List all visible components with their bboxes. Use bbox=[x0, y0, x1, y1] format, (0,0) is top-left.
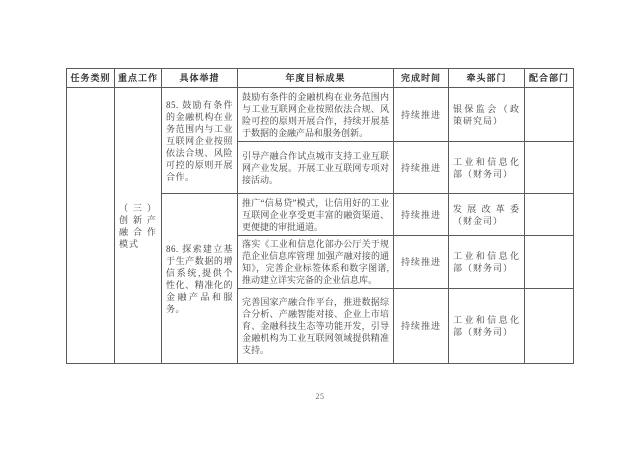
deadline-cell: 持续推进 bbox=[394, 289, 449, 364]
goal-cell: 鼓励有条件的金融机构在业务范围内与工业互联网企业按照依法合规、风险可控的原则开展… bbox=[238, 88, 394, 142]
deadline-cell: 持续推进 bbox=[394, 142, 449, 194]
deadline-cell: 持续推进 bbox=[394, 88, 449, 142]
support-dept-cell bbox=[525, 289, 574, 364]
lead-dept-cell: 工业和信息化部（财务司） bbox=[449, 142, 525, 194]
goal-cell: 完善国家产融合作平台，推进数据综合分析、产融智能对接、企业上市培育、金融科技生态… bbox=[238, 289, 394, 364]
col-header-lead-dept: 牵头部门 bbox=[449, 69, 525, 88]
deadline-cell: 持续推进 bbox=[394, 236, 449, 289]
work-plan-table: 任务类别 重点工作 具体举措 年度目标成果 完成时间 牵头部门 配合部门 （三）… bbox=[66, 68, 574, 364]
page-number: 25 bbox=[0, 392, 640, 401]
lead-dept-cell: 发展改革委（财金司） bbox=[449, 194, 525, 236]
deadline-cell: 持续推进 bbox=[394, 194, 449, 236]
document-page: 任务类别 重点工作 具体举措 年度目标成果 完成时间 牵头部门 配合部门 （三）… bbox=[0, 0, 640, 452]
col-header-measures: 具体举措 bbox=[162, 69, 238, 88]
col-header-support-dept: 配合部门 bbox=[525, 69, 574, 88]
task-category-cell bbox=[67, 88, 115, 364]
goal-cell: 引导产融合作试点城市支持工业互联网产业发展。开展工业互联网专项对接活动。 bbox=[238, 142, 394, 194]
measure-86-cell: 86. 探索建立基于生产数据的增信系统,提供个性化、精准化的金融产品和服务。 bbox=[162, 194, 238, 364]
table-row: （三）创新产融合作模式 85. 鼓励有条件的金融机构在业务范围内与工业互联网企业… bbox=[67, 88, 574, 142]
goal-cell: 落实《工业和信息化部办公厅关于规范企业信息库管理 加强产融对接的通知》，完善企业… bbox=[238, 236, 394, 289]
support-dept-cell bbox=[525, 142, 574, 194]
lead-dept-cell: 银保监会（政策研究局） bbox=[449, 88, 525, 142]
table-header-row: 任务类别 重点工作 具体举措 年度目标成果 完成时间 牵头部门 配合部门 bbox=[67, 69, 574, 88]
measure-85-cell: 85. 鼓励有条件的金融机构在业务范围内与工业互联网企业按照依法合规、风险可控的… bbox=[162, 88, 238, 194]
key-work-cell: （三）创新产融合作模式 bbox=[115, 88, 162, 364]
lead-dept-cell: 工业和信息化部（财务司） bbox=[449, 236, 525, 289]
support-dept-cell bbox=[525, 194, 574, 236]
lead-dept-cell: 工业和信息化部（财务司） bbox=[449, 289, 525, 364]
goal-cell: 推广“信易贷”模式，让信用好的工业互联网企业享受更丰富的融资渠道、更便捷的审批通… bbox=[238, 194, 394, 236]
col-header-annual-goals: 年度目标成果 bbox=[238, 69, 394, 88]
col-header-task-category: 任务类别 bbox=[67, 69, 115, 88]
support-dept-cell bbox=[525, 236, 574, 289]
support-dept-cell bbox=[525, 88, 574, 142]
col-header-deadline: 完成时间 bbox=[394, 69, 449, 88]
col-header-key-work: 重点工作 bbox=[115, 69, 162, 88]
